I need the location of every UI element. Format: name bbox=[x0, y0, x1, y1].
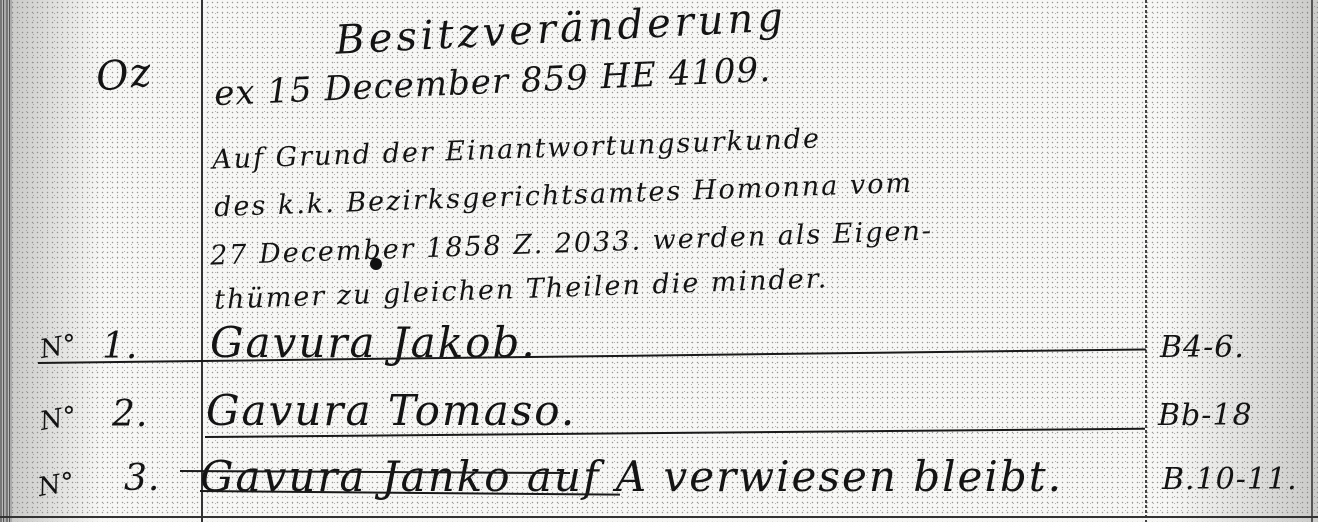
margin-mark: Oz bbox=[94, 49, 154, 101]
entry-2-reference: Bb-18 bbox=[1158, 398, 1253, 433]
right-column-rule bbox=[1145, 0, 1147, 522]
body-line-2: des k.k. Bezirksgerichtsamtes Homonna vo… bbox=[214, 168, 914, 223]
entry-3-name: Gavura Janko auf A verwiesen bleibt. bbox=[200, 452, 1063, 501]
body-line-1: Auf Grund der Einantwortungsurkunde bbox=[212, 123, 822, 175]
entry-2-number: 2. bbox=[112, 394, 148, 435]
entry-2-name: Gavura Tomaso. bbox=[206, 386, 576, 435]
entry-1-strikethrough bbox=[38, 348, 1146, 364]
binding-edge bbox=[0, 0, 12, 522]
date-line: ex 15 December 859 HE 4109. bbox=[213, 50, 771, 114]
left-column-rule bbox=[201, 0, 203, 522]
page-shadow-left bbox=[12, 0, 102, 522]
page-edge-rule bbox=[1311, 0, 1313, 522]
entry-3-reference: B.10-11. bbox=[1162, 462, 1298, 497]
body-line-4: thümer zu gleichen Theilen die minder. bbox=[214, 263, 829, 315]
entry-1-reference: B4-6. bbox=[1160, 330, 1245, 365]
bottom-rule bbox=[0, 516, 1318, 518]
ink-blot bbox=[370, 258, 382, 270]
scanned-page: Oz Besitzveränderung ex 15 December 859 … bbox=[0, 0, 1318, 522]
page-shadow-right bbox=[1168, 0, 1318, 522]
entry-3-number: 3. bbox=[124, 458, 160, 499]
